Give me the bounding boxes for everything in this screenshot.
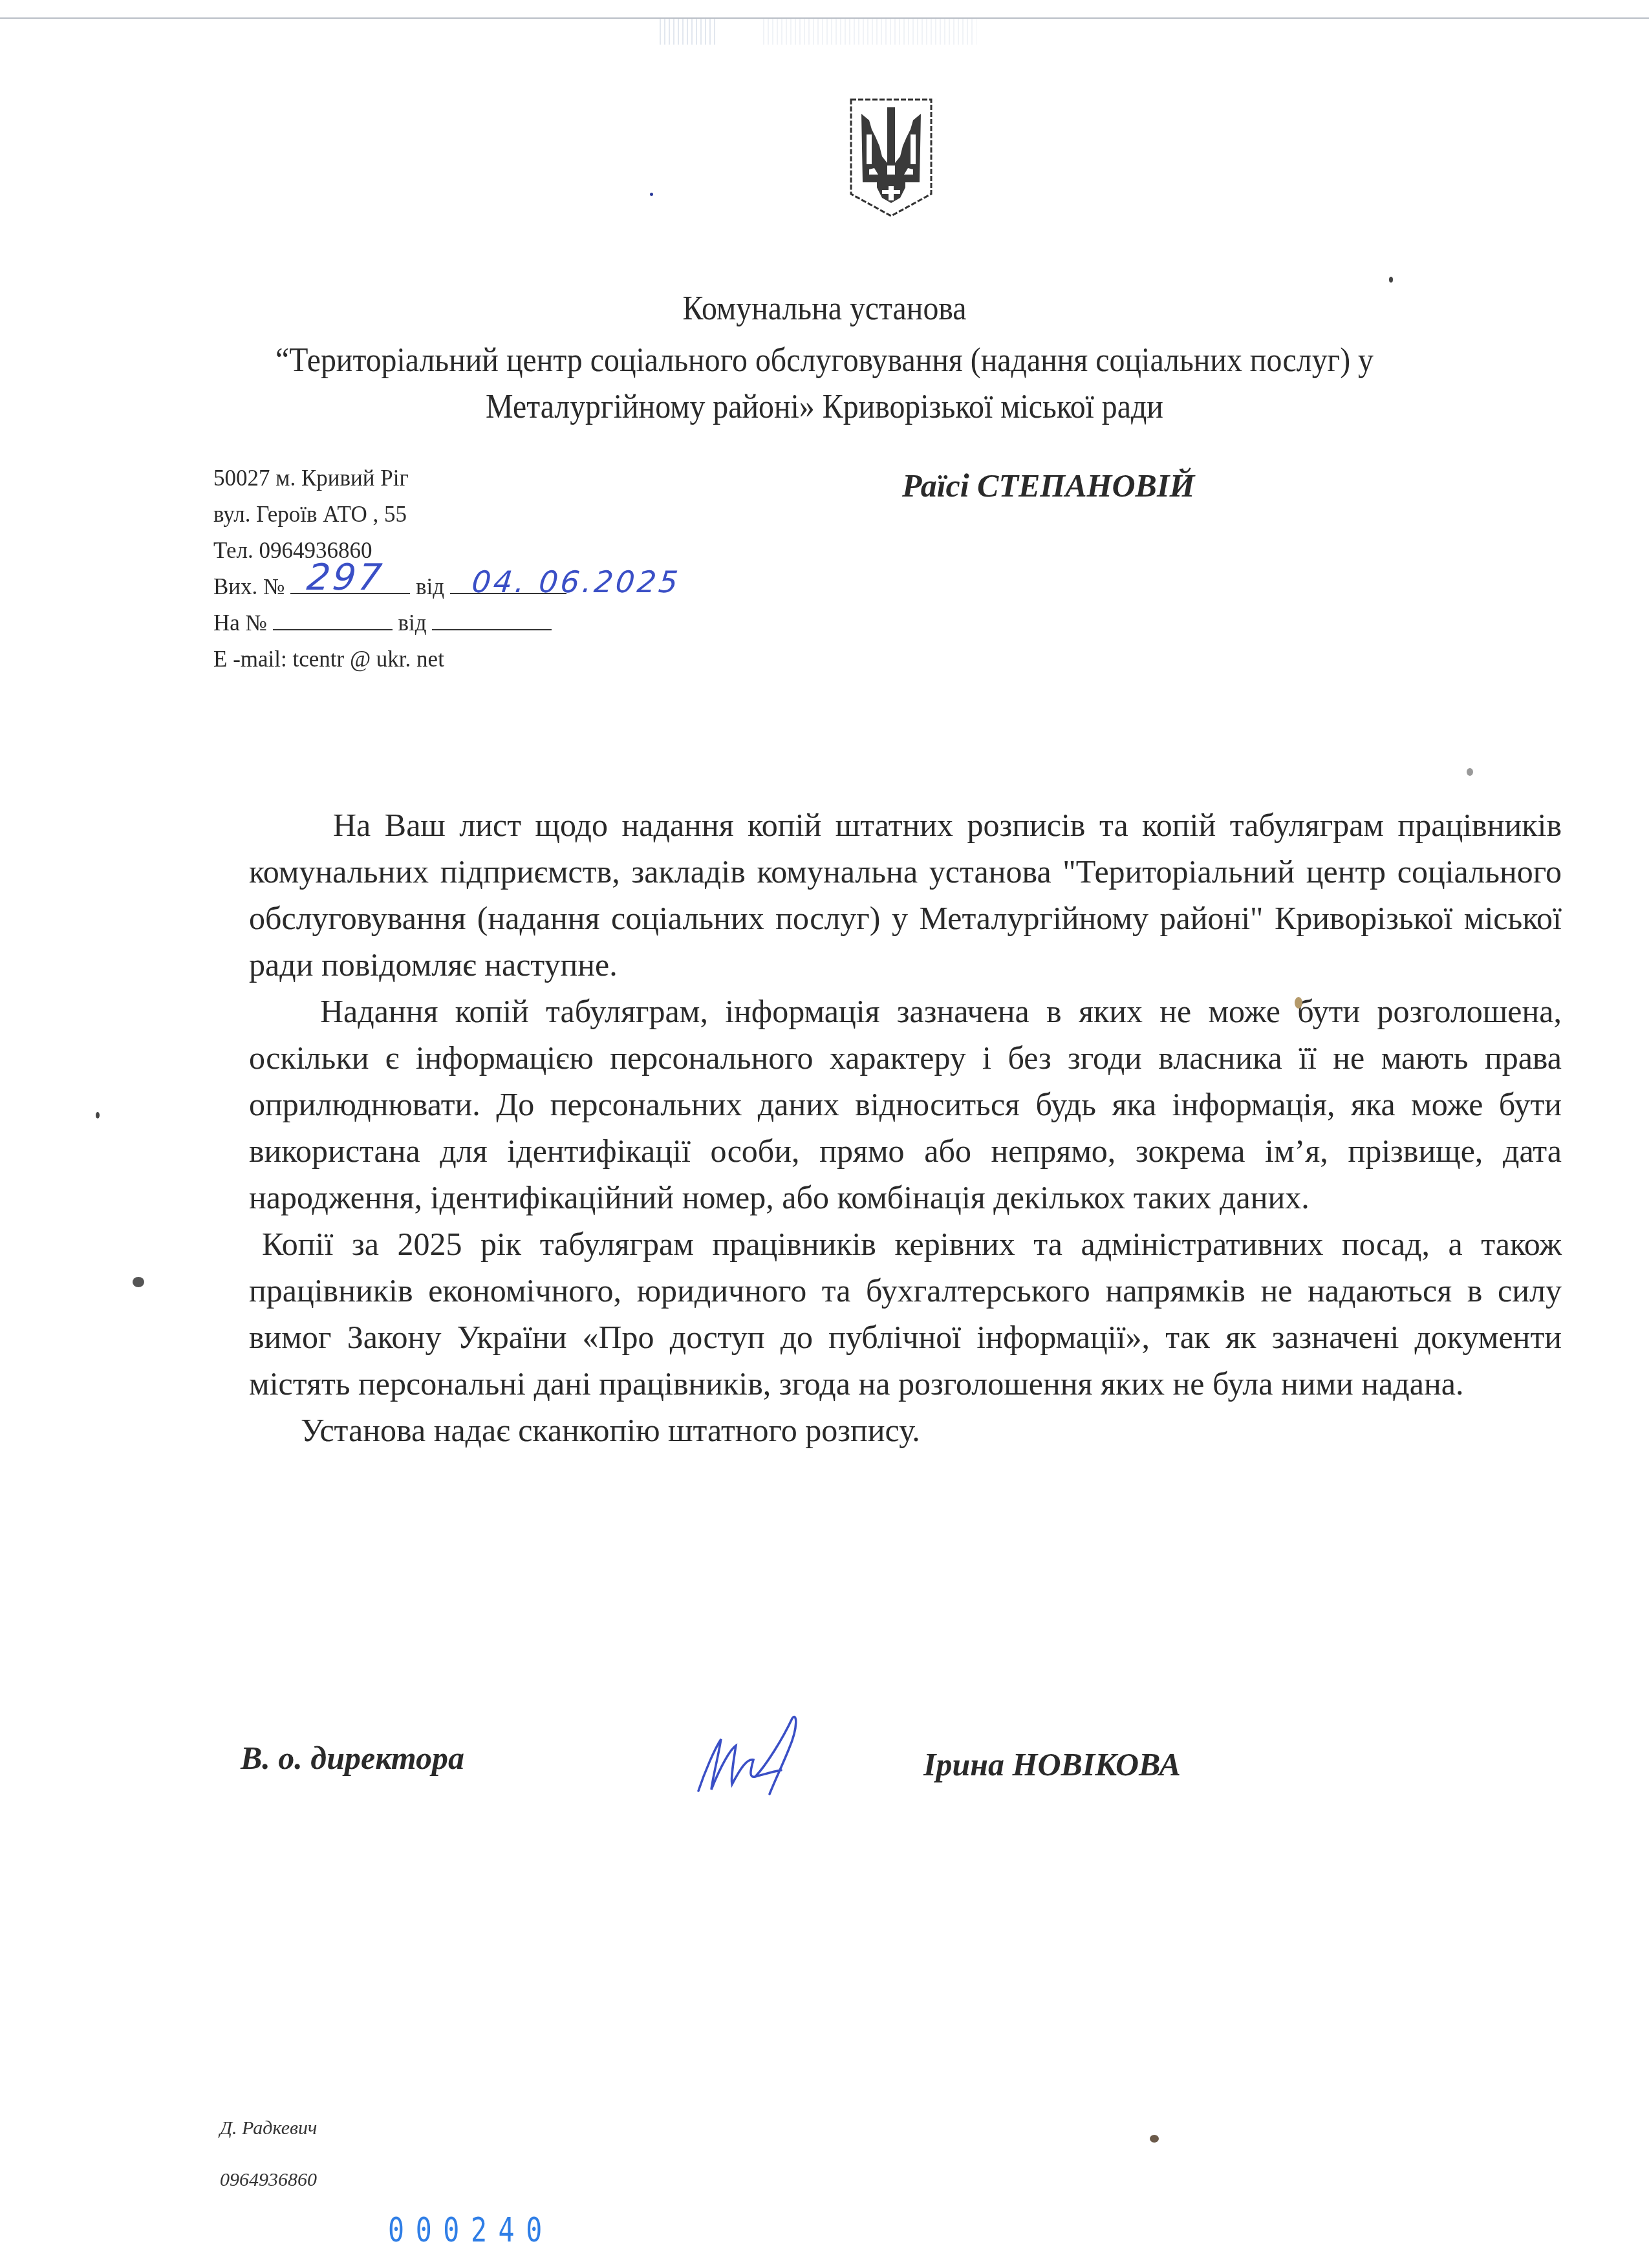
- outgoing-from-label: від: [416, 574, 444, 599]
- organization-type: Комунальна установа: [66, 290, 1583, 328]
- handwritten-signature: [685, 1713, 841, 1797]
- registration-stamp-number: 000240: [388, 2211, 554, 2250]
- scan-artifact: [660, 19, 718, 45]
- incoming-from-label: від: [398, 610, 426, 636]
- letter-body: На Ваш лист щодо надання копій штатних р…: [249, 802, 1562, 1453]
- incoming-date-field: [432, 608, 552, 630]
- executor-phone: 0964936860: [220, 2169, 317, 2191]
- incoming-number-field: [273, 608, 393, 630]
- scan-speck: [1150, 2135, 1159, 2143]
- body-paragraph-2: Надання копій табуляграм, інформація заз…: [249, 988, 1562, 1221]
- organization-name: “Територіальний центр соціального обслуг…: [66, 341, 1583, 380]
- street-address: вул. Героїв АТО , 55: [213, 497, 566, 533]
- signatory-name: Ірина НОВІКОВА: [923, 1746, 1181, 1783]
- trident-emblem-icon: [848, 97, 934, 219]
- outgoing-number-row: Вих. № від 297 04. 06.2025: [213, 569, 566, 605]
- scan-artifact: [763, 19, 976, 45]
- scan-speck: [1467, 768, 1473, 776]
- scan-speck: [1389, 277, 1393, 283]
- body-paragraph-3: Копії за 2025 рік табуляграм працівників…: [249, 1221, 1562, 1407]
- scan-speck: [650, 193, 653, 196]
- organization-name-continued: Металургійному районі» Криворізької місь…: [66, 388, 1583, 427]
- handwritten-outgoing-date: 04. 06.2025: [470, 564, 682, 600]
- scan-speck: [1295, 997, 1302, 1009]
- postal-address: 50027 м. Кривий Ріг: [213, 460, 566, 497]
- sender-info-block: 50027 м. Кривий Ріг вул. Героїв АТО , 55…: [213, 460, 566, 678]
- recipient-name: Раїсі СТЕПАНОВІЙ: [902, 467, 1194, 504]
- executor-name: Д. Радкевич: [220, 2117, 317, 2139]
- body-paragraph-1: На Ваш лист щодо надання копій штатних р…: [249, 802, 1562, 988]
- outgoing-label: Вих. №: [213, 574, 285, 599]
- handwritten-outgoing-number: 297: [305, 560, 386, 596]
- incoming-label: На №: [213, 610, 267, 636]
- body-paragraph-4: Установа надає сканкопію штатного розпис…: [249, 1407, 1562, 1453]
- scan-speck: [96, 1112, 100, 1118]
- email-address: E -mail: tcentr @ ukr. net: [213, 641, 566, 678]
- signatory-title: В. о. директора: [241, 1739, 464, 1777]
- incoming-number-row: На № від: [213, 605, 566, 641]
- scan-speck: [133, 1277, 144, 1287]
